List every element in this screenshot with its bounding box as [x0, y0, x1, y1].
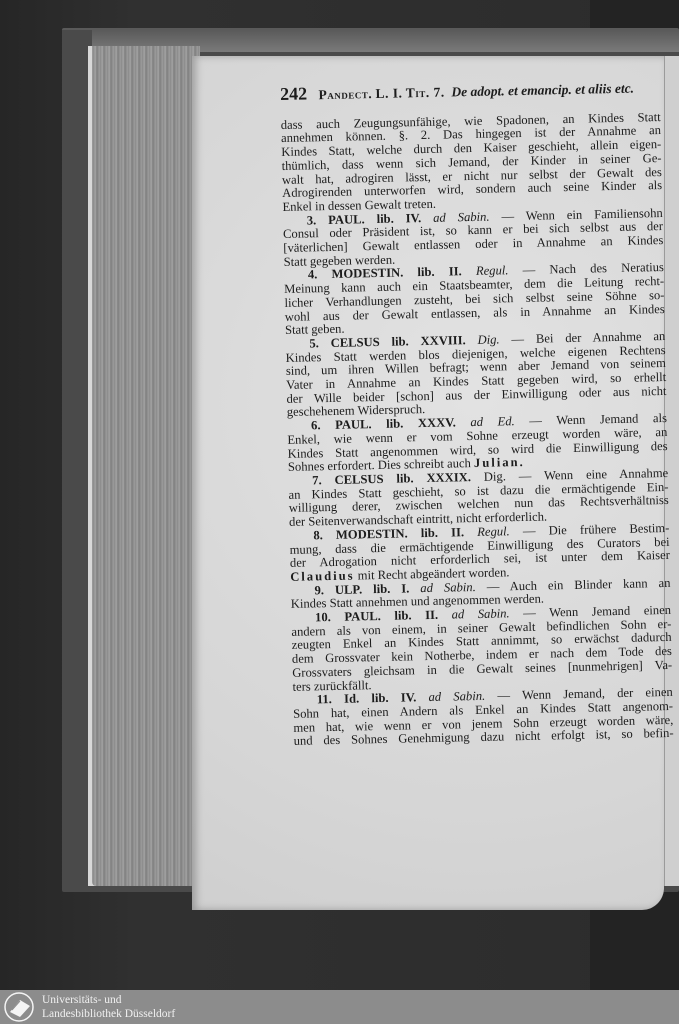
fragment-source: ad Sabin. [428, 689, 485, 704]
section-title: De adopt. et emancip. et aliis etc. [451, 81, 634, 100]
book-logo-icon [4, 992, 34, 1022]
library-name: Universitäts- und Landesbibliothek Düsse… [42, 993, 175, 1021]
paragraph-continuation: dass auch Zeugungsunfähige, wie Spadonen… [281, 111, 663, 215]
library-name-line1: Universitäts- und [42, 993, 175, 1007]
library-name-line2: Landesbibliothek Düsseldorf [42, 1007, 175, 1021]
work-title: Pandect. [318, 86, 372, 102]
fragment-source: Dig. [477, 332, 499, 346]
page-number: 242 [280, 83, 307, 104]
fragment-7: 7. CELSUS lib. XXXIX. Dig. — Wenn eine A… [288, 467, 669, 530]
fragment-6: 6. PAUL. lib. XXXV. ad Ed. — Wenn Jemand… [287, 412, 668, 475]
fragment-source: ad Sabin. [451, 606, 509, 621]
fragment-10: 10. PAUL. lib. II. ad Sabin. — Wenn Jema… [291, 604, 673, 694]
library-footer-bar: Universitäts- und Landesbibliothek Düsse… [0, 990, 679, 1024]
title-number: Tit. 7. [406, 85, 445, 101]
fragment-5: 5. CELSUS lib. XXVIII. Dig. — Bei der An… [285, 330, 667, 420]
fragment-3: 3. PAUL. lib. IV. ad Sabin. — Wenn ein F… [283, 207, 664, 270]
fragment-11: 11. Id. lib. IV. ad Sabin. — Wenn Jemand… [293, 686, 674, 749]
page-text: 242 Pandect. L. I. Tit. 7. De adopt. et … [280, 80, 674, 749]
fragment-source: Regul. [476, 264, 509, 279]
fragment-source: ad Ed. [470, 414, 515, 429]
page-stack-edge [92, 46, 200, 886]
fragment-8: 8. MODESTIN. lib. II. Regul. — Die frühe… [289, 522, 670, 585]
fragment-source: Dig. [484, 469, 506, 483]
book-number: L. I. [375, 85, 402, 101]
fragment-4: 4. MODESTIN. lib. II. Regul. — Nach des … [284, 261, 665, 337]
spaced-name: Julian. [474, 455, 525, 470]
fragment-source: Regul. [477, 524, 510, 539]
